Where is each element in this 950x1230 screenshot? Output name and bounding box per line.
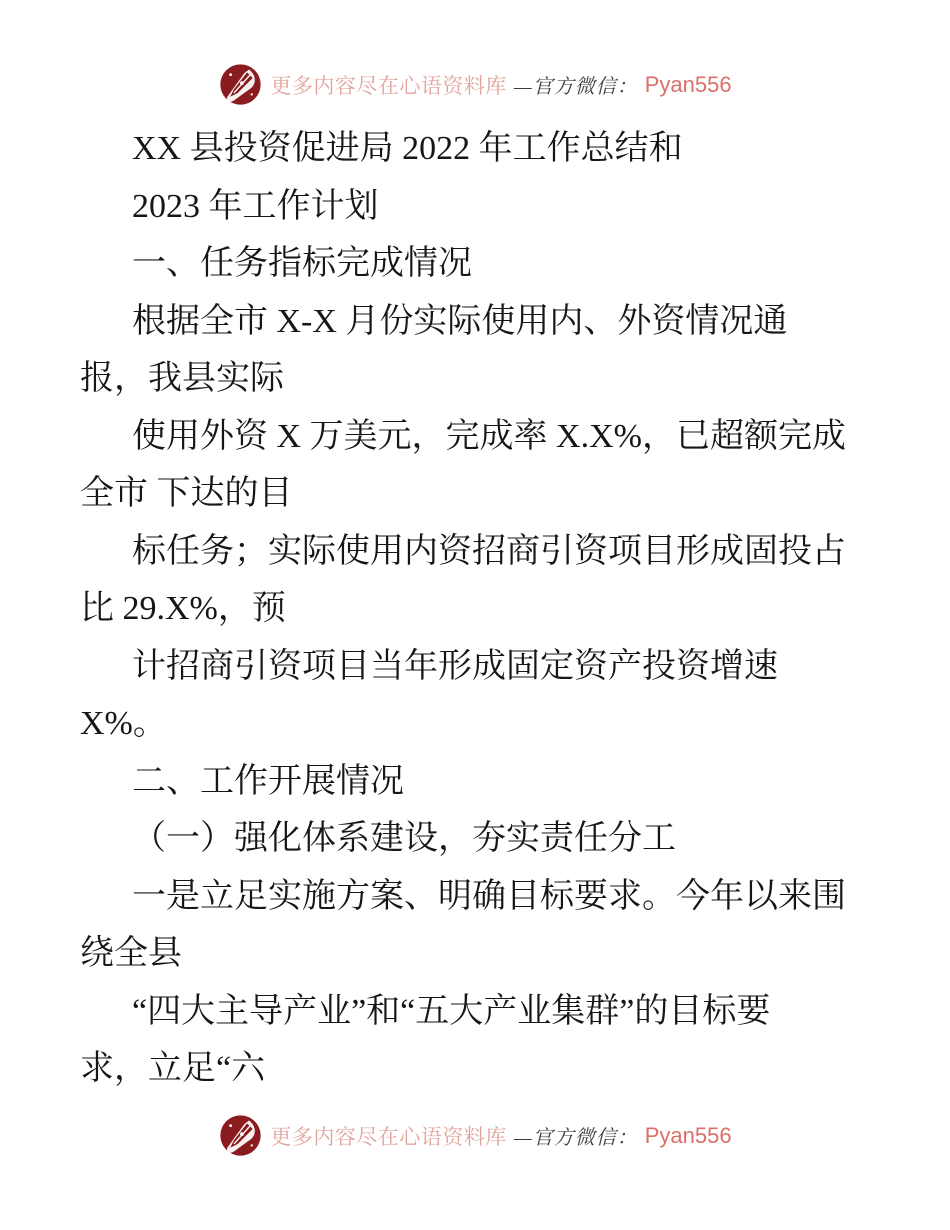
watermark-footer: 更多内容尽在心语资料库 —官方微信： Pyan556 xyxy=(0,1113,950,1158)
doc-title-line: XX 县投资促进局 2022 年工作总结和 xyxy=(80,120,875,178)
doc-text-line: “四大主导产业”和“五大产业集群”的目标要 xyxy=(80,983,875,1041)
doc-text-line: 标任务；实际使用内资招商引资项目形成固投占 xyxy=(80,523,875,581)
doc-text-line: X%。 xyxy=(80,695,875,753)
watermark-text: 更多内容尽在心语资料库 xyxy=(270,70,507,100)
doc-text-line: 绕全县 xyxy=(80,925,875,983)
doc-text-line: 计招商引资项目当年形成固定资产投资增速 xyxy=(80,638,875,696)
document-page: 更多内容尽在心语资料库 —官方微信： Pyan556 XX 县投资促进局 202… xyxy=(0,0,950,1230)
pen-nib-logo-icon xyxy=(218,62,263,107)
pen-nib-logo-icon xyxy=(218,1113,263,1158)
doc-heading-line: （一）强化体系建设，夯实责任分工 xyxy=(80,810,875,868)
doc-heading-line: 二、工作开展情况 xyxy=(80,753,875,811)
doc-heading-line: 一、任务指标完成情况 xyxy=(80,235,875,293)
doc-text-line: 求，立足“六 xyxy=(80,1040,875,1098)
wechat-id: Pyan556 xyxy=(645,72,732,98)
watermark-text: 更多内容尽在心语资料库 xyxy=(270,1121,507,1151)
wechat-label: —官方微信： xyxy=(514,70,638,99)
doc-text-line: 比 29.X%，预 xyxy=(80,580,875,638)
doc-title-line: 2023 年工作计划 xyxy=(80,178,875,236)
document-body: XX 县投资促进局 2022 年工作总结和 2023 年工作计划 一、任务指标完… xyxy=(80,120,875,1098)
doc-text-line: 一是立足实施方案、明确目标要求。今年以来围 xyxy=(80,868,875,926)
doc-text-line: 使用外资 X 万美元，完成率 X.X%，已超额完成 xyxy=(80,408,875,466)
watermark-header: 更多内容尽在心语资料库 —官方微信： Pyan556 xyxy=(0,62,950,107)
doc-text-line: 根据全市 X-X 月份实际使用内、外资情况通 xyxy=(80,293,875,351)
wechat-label: —官方微信： xyxy=(514,1121,638,1150)
doc-text-line: 全市 下达的目 xyxy=(80,465,875,523)
wechat-id: Pyan556 xyxy=(645,1123,732,1149)
doc-text-line: 报，我县实际 xyxy=(80,350,875,408)
